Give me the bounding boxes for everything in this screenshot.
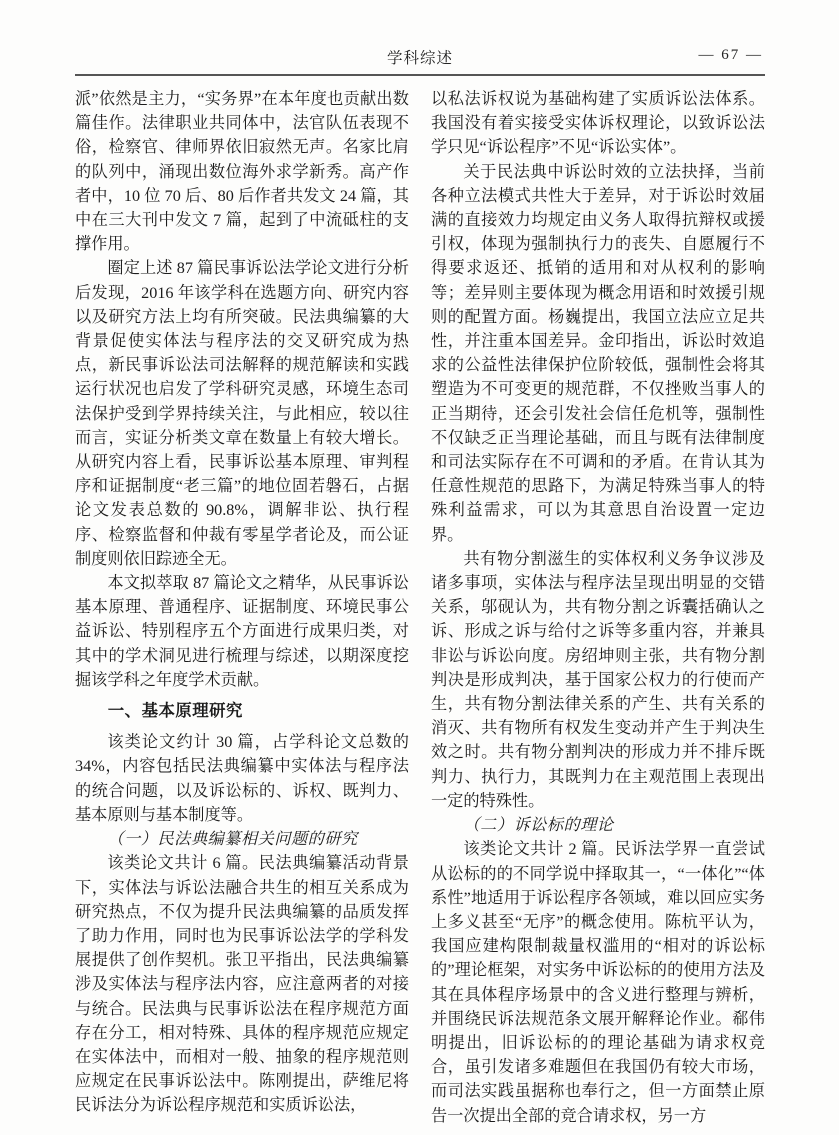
two-column-body: 派”依然是主力，“实务界”在本年度也贡献出数篇佳作。法律职业共同体中，法官队伍表… [75, 87, 765, 1128]
running-head-title: 学科综述 [75, 46, 765, 68]
body-paragraph: 本文拟萃取 87 篇论文之精华，从民事诉讼基本原理、普通程序、证据制度、环境民事… [75, 571, 409, 692]
body-paragraph: 关于民法典中诉讼时效的立法抉择，当前各种立法模式共性大于差异，对于诉讼时效届满的… [431, 160, 765, 547]
body-paragraph: 该类论文共计 6 篇。民法典编纂活动背景下，实体法与诉讼法融合共生的相互关系成为… [75, 851, 409, 1117]
body-paragraph: 以私法诉权说为基础构建了实质诉讼法体系。我国没有着实接受实体诉权理论，以致诉讼法… [431, 87, 765, 160]
running-head: 学科综述 — 67 — [75, 46, 765, 70]
subsection-heading: （一）民法典编纂相关问题的研究 [75, 827, 409, 851]
page-content: 学科综述 — 67 — 派”依然是主力，“实务界”在本年度也贡献出数篇佳作。法律… [0, 0, 839, 1128]
page-number: — 67 — [699, 47, 764, 64]
journal-page: 学科综述 — 67 — 派”依然是主力，“实务界”在本年度也贡献出数篇佳作。法律… [0, 0, 839, 1135]
body-paragraph: 该类论文共计 2 篇。民诉法学界一直尝试从讼标的的不同学说中择取其一，“一体化”… [431, 837, 765, 1127]
body-paragraph: 共有物分割滋生的实体权利义务争议涉及诸多事项，实体法与程序法呈现出明显的交错关系… [431, 547, 765, 813]
subsection-heading: （二）诉讼标的理论 [431, 813, 765, 837]
body-paragraph: 该类论文约计 30 篇，占学科论文总数的 34%，内容包括民法典编纂中实体法与程… [75, 730, 409, 827]
right-column: 以私法诉权说为基础构建了实质诉讼法体系。我国没有着实接受实体诉权理论，以致诉讼法… [431, 87, 765, 1128]
body-paragraph: 派”依然是主力，“实务界”在本年度也贡献出数篇佳作。法律职业共同体中，法官队伍表… [75, 87, 409, 256]
header-rule-divider [75, 74, 765, 76]
section-heading: 一、基本原理研究 [75, 699, 409, 723]
body-paragraph: 圈定上述 87 篇民事诉讼法学论文进行分析后发现，2016 年该学科在选题方向、… [75, 256, 409, 571]
left-column: 派”依然是主力，“实务界”在本年度也贡献出数篇佳作。法律职业共同体中，法官队伍表… [75, 87, 409, 1128]
